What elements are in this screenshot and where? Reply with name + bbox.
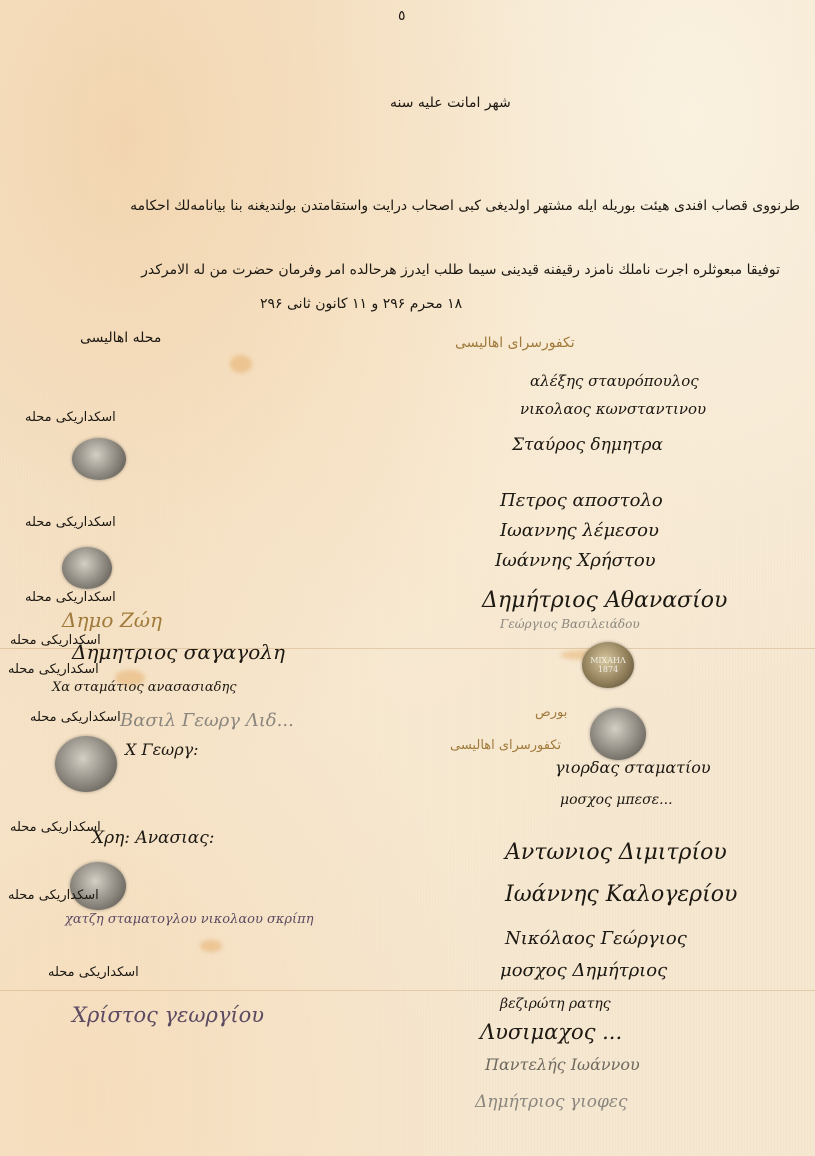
sub-label: بورص [535, 705, 567, 720]
right-heading: تکفورسرای اهالیسی [455, 335, 575, 351]
quarter-label: اسکداریکی محله [8, 662, 99, 677]
signature: Ιωάννης Καλογερίου [505, 882, 737, 907]
quarter-label: اسکداریکی محله [10, 820, 101, 835]
signature: Χα σταμάτιος ανασασιαδης [52, 680, 237, 695]
signature: βεζιρώτη ρατης [500, 996, 611, 1012]
page-mark: ٥ [398, 8, 406, 24]
body-line-2: توفیقا مبعوثلره اجرت ناملك نامزد رقیفنه … [141, 262, 780, 278]
signature: Σταύρος δημητρα [512, 435, 663, 455]
signature: μοσχος μπεσε... [560, 792, 673, 808]
quarter-label: اسکداریکی محله [8, 888, 99, 903]
signature: Δημήτριος Αθανασίου [482, 588, 727, 613]
quarter-label: اسکداریکی محله [25, 590, 116, 605]
signature: Χ Γεωργ: [125, 740, 199, 759]
fold-line [0, 990, 815, 991]
seal-stamp-dated: ΜΙΧΑΗΛ 1874 [582, 642, 634, 688]
stain [200, 940, 222, 952]
stain [230, 355, 252, 373]
signature: χατζη σταματογλου νικολαου σκρίπη [65, 912, 313, 927]
signature: Δημο Ζώη [62, 608, 162, 632]
seal-stamp-text: ΜΙΧΑΗΛ 1874 [588, 656, 628, 674]
signature: Ιωάννης Χρήστου [495, 550, 656, 571]
signature: Νικόλαος Γεώργιος [505, 928, 687, 949]
signature: Χρίστος γεωργίου [72, 1003, 264, 1027]
signature: Ιωαννης λέμεσου [500, 520, 659, 541]
signature: νικολαος κωνσταντινου [520, 400, 706, 418]
seal-stamp [55, 736, 117, 792]
left-heading: محله اهالیسی [80, 330, 161, 346]
signature: γιορδας σταματίου [555, 758, 711, 777]
quarter-label: اسکداریکی محله [25, 410, 116, 425]
signature: Δημητριος σαγαγολη [72, 640, 285, 664]
seal-stamp [590, 708, 646, 760]
signature: Βασιλ Γεωργ Λιδ... [120, 710, 294, 731]
quarter-label: اسکداریکی محله [48, 965, 139, 980]
signature: Λυσιμαχος ... [480, 1020, 622, 1044]
seal-stamp [72, 438, 126, 480]
signature: μοσχος Δημήτριος [500, 960, 667, 981]
signature: Αντωνιος Διμιτρίου [505, 840, 727, 865]
signature: αλέξης σταυρόπουλος [530, 372, 699, 390]
sub-label: تکفورسرای اهالیسی [450, 738, 561, 753]
body-line-1: طرنووی قصاب افندی هیئت بوریله ایله مشتهر… [130, 198, 800, 214]
quarter-label: اسکداریکی محله [25, 515, 116, 530]
signature: Χρη: Ανασιας: [92, 828, 215, 848]
signature: Πετρος αποστολο [500, 490, 663, 511]
date-line: ۱۸ محرم ۲۹۶ و ۱۱ کانون ثانی ۲۹۶ [260, 296, 462, 312]
document-heading: شهر امانت علیه سنه [390, 95, 511, 111]
seal-stamp [62, 547, 112, 589]
quarter-label: اسکداریکی محله [30, 710, 121, 725]
signature: Δημήτριος γιοφες [475, 1092, 628, 1112]
signature: Παντελής Ιωάννου [485, 1055, 640, 1074]
signature: Γεώργιος Βασιλειάδου [500, 617, 640, 631]
